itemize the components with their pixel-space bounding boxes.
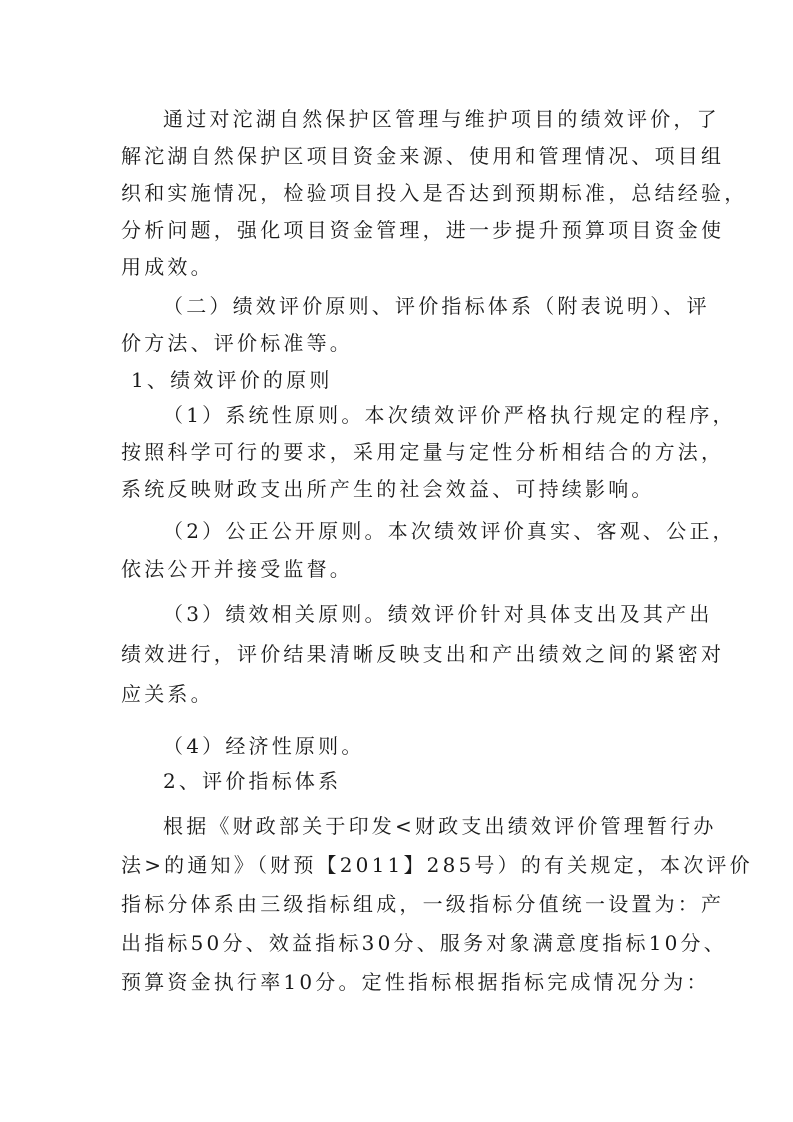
text-line: 指标分体系由三级指标组成，一级指标分值统一设置为：产 [121, 892, 677, 916]
section-heading-line: （二）绩效评价原则、评价指标体系（附表说明）、评 [163, 294, 677, 318]
text-line: 解沱湖自然保护区项目资金来源、使用和管理情况、项目组 [121, 144, 677, 168]
text-line: 通过对沱湖自然保护区管理与维护项目的绩效评价，了 [163, 107, 677, 131]
text-line: 按照科学可行的要求，采用定量与定性分析相结合的方法， [121, 440, 677, 464]
text-line: （1）系统性原则。本次绩效评价严格执行规定的程序， [163, 403, 677, 427]
text-line: 绩效进行，评价结果清晰反映支出和产出绩效之间的紧密对 [121, 642, 677, 666]
document-page: 通过对沱湖自然保护区管理与维护项目的绩效评价，了 解沱湖自然保护区项目资金来源、… [0, 0, 793, 1122]
heading-principles: 1、绩效评价的原则 [131, 368, 687, 392]
text-line: 用成效。 [121, 255, 677, 279]
text-line: 依法公开并接受监督。 [121, 557, 677, 581]
text-line: 预算资金执行率10分。定性指标根据指标完成情况分为： [121, 970, 677, 994]
text-line: 价方法、评价标准等。 [121, 331, 677, 355]
text-line: 法>的通知》（财预【2011】285号）的有关规定，本次评价 [121, 853, 677, 877]
heading-indicators: 2、评价指标体系 [163, 769, 719, 793]
text-line: （3）绩效相关原则。绩效评价针对具体支出及其产出 [163, 602, 677, 626]
paragraph-principle-4: （4）经济性原则。 [163, 734, 719, 758]
text-line: 根据《财政部关于印发<财政支出绩效评价管理暂行办 [163, 814, 677, 838]
text-line: 分析问题，强化项目资金管理，进一步提升预算项目资金使 [121, 218, 677, 242]
text-line: 出指标50分、效益指标30分、服务对象满意度指标10分、 [121, 931, 677, 955]
text-line: 应关系。 [121, 682, 677, 706]
text-line: 系统反映财政支出所产生的社会效益、可持续影响。 [121, 477, 677, 501]
text-line: （2）公正公开原则。本次绩效评价真实、客观、公正， [163, 519, 677, 543]
text-line: 织和实施情况，检验项目投入是否达到预期标准，总结经验， [121, 181, 677, 205]
